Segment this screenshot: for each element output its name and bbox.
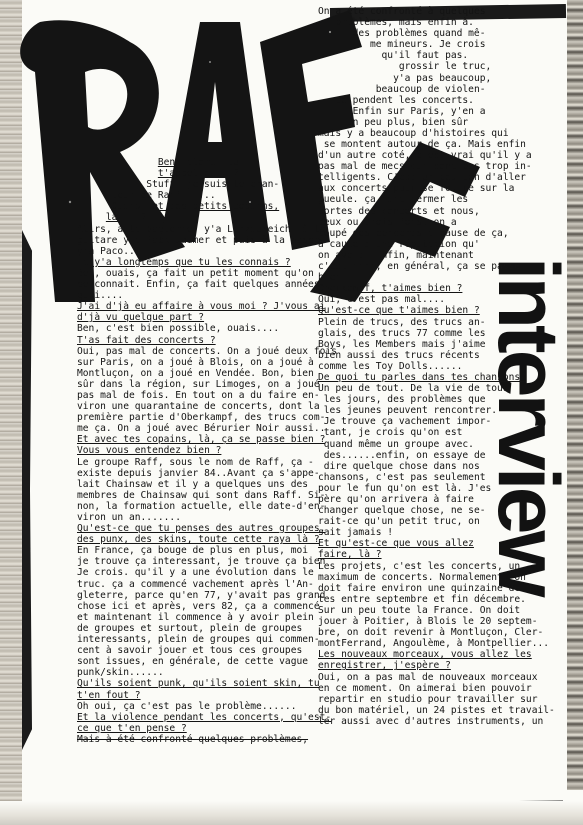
interview-question: Les nouveaux morceaux, vous allez les — [318, 649, 555, 660]
interview-answer: des......enfin, on essaye de — [318, 450, 555, 461]
interview-answer: des problèmes quand mê- — [318, 28, 509, 39]
interview-question: Oberkampf, t'aimes bien ? — [318, 283, 555, 294]
interview-question: De quoi tu parles dans tes chansons? — [318, 372, 555, 383]
interview-answer: dire quelque chose dans nos — [318, 461, 555, 472]
interview-answer: changer quelque chose, ne se- — [318, 505, 555, 516]
interview-answer: quoi.... — [77, 290, 337, 301]
interview-answer: beaucoup de violen- — [318, 84, 509, 95]
interview-answer: Sur un peu toute la France. On doit — [318, 605, 555, 616]
interview-answer: punk/skin...... — [77, 667, 337, 678]
interview-answer: se connait. Enfin, ça fait quelques anné… — [77, 279, 337, 290]
interview-answer: Boys, les Members mais j'aime — [318, 339, 555, 350]
interview-answer: aux concerts pour se foutre sur la — [318, 183, 555, 194]
interview-answer: viron un an....... — [77, 512, 337, 523]
interview-question: Et qu'est-ce que vous allez — [318, 538, 555, 549]
interview-answer: grossir le truc, — [318, 61, 509, 72]
interview-answer: me ça. On a joué avec Bérurier Noir auss… — [77, 423, 337, 434]
interview-answer: repartir en studio pour travailler sur — [318, 694, 555, 705]
interview-answer: portes des concerts et nous, — [318, 206, 555, 217]
interview-answer: sait jamais ! — [318, 527, 555, 538]
interview-answer: se montent autour de ça. Mais enfin — [318, 139, 555, 150]
interview-question: J'ai d'jà eu affaire à vous moi ? J'vous… — [77, 301, 337, 312]
interview-answer: cent à savoir jouer et tous ces groupes — [77, 645, 337, 656]
interview-answer: les jours, des problèmes que — [318, 394, 555, 405]
interview-answer: sûr dans la région, sur Limoges, on a jo… — [77, 379, 337, 390]
interview-answer: rait-ce qu'un petit truc, on — [318, 516, 555, 527]
interview-answer: je trouve ça interessant, je trouve ça b… — [77, 556, 337, 567]
interview-answer: non, la formation actuelle, elle date-d'… — [77, 501, 337, 512]
interview-question: Et la violence pendant les concerts, qu'… — [77, 712, 337, 723]
interview-answer: Un peu de tout. De la vie de tous — [318, 383, 555, 394]
interview-answer: quand même un groupe avec. — [318, 439, 555, 450]
interview-question: t'en fout ? — [77, 690, 337, 701]
interview-answer: maximum de concerts. Normalement, on — [318, 572, 555, 583]
interview-answer: les jeunes peuvent rencontrer. — [318, 405, 555, 416]
interview-answer: Montluçon, on a joué en Vendée. Bon, bie… — [77, 368, 337, 379]
interview-answer: tes entre septembre et fin décembre. — [318, 594, 555, 605]
interview-answer: interessants, plein de groupes qui comme… — [77, 634, 337, 645]
interview-answer: gleterre, parce qu'en 77, y'avait pas gr… — [77, 590, 337, 601]
interview-answer: me mineurs. Je crois — [318, 39, 509, 50]
struck-text: Mais à été confronté quelques problèmes, — [77, 734, 337, 745]
interview-answer: Ben, c'est bien possible, ouais.... — [77, 323, 337, 334]
interview-answer: montFerrand, Angoulème, à Montpellier... — [318, 638, 555, 649]
interview-question: Qu'est-ce que t'aimes bien ? — [318, 305, 555, 316]
interview-answer: viron une quarantaine de concerts, dont … — [77, 401, 337, 412]
interview-answer: guitare y'a Pack Jaimer et puis à la bas… — [77, 235, 337, 246]
interview-answer: et maintenant il commence à y avoir plei… — [77, 612, 337, 623]
interview-answer: qu'il faut pas. — [318, 50, 509, 61]
interview-answer: à cause d'une réputation qu' — [318, 239, 555, 250]
interview-answer: deux ou trois fois, on a — [318, 217, 555, 228]
interview-answer: y'a Paco...... — [77, 246, 337, 257]
interview-answer: Les projets, c'est les concerts, un — [318, 561, 555, 572]
interview-answer: ler aussi avec d'autres instruments, un — [318, 716, 555, 727]
interview-answer: chansons, c'est pas seulement — [318, 472, 555, 483]
interview-answer: de groupes et surtout, plein de groupes — [77, 623, 337, 634]
interview-answer: Oui, c'est pas mal.... — [318, 294, 555, 305]
interview-answer: en ce moment. On aimerai bien pouvoir — [318, 683, 555, 694]
interview-answer: comme les Toy Dolls...... — [318, 361, 555, 372]
interview-question: Et y'a longtemps que tu les connais ? — [77, 257, 337, 268]
left-column: Ben, alors, tut'appelles...?Stuff, je su… — [77, 157, 337, 745]
interview-answer: on avait. Enfin, maintenant — [318, 250, 555, 261]
interview-answer: Enfin sur Paris, y'en a — [318, 106, 509, 117]
interview-answer: Stuff, je suis le chan- — [77, 179, 337, 190]
interview-answer: glais, des trucs 77 comme les — [318, 328, 555, 339]
interview-question: T'as fait des concerts ? — [77, 335, 337, 346]
interview-answer: mais y a beaucoup d'histoires qui — [318, 128, 509, 139]
interview-answer: tant, je crois qu'on est — [318, 427, 555, 438]
interview-answer: du bon matériel, un 24 pistes et travail… — [318, 705, 555, 716]
interview-answer: bre, on doit revenir à Montluçon, Cler- — [318, 627, 555, 638]
zine-page: interview On a été confronté à quelquesp… — [0, 0, 583, 825]
interview-answer: y'a pas beaucoup, — [318, 73, 509, 84]
interview-answer: Ben, ouais, ça fait un petit moment qu'o… — [77, 268, 337, 279]
page-bottom-edge — [0, 801, 583, 825]
interview-answer: bien aussi des trucs récents — [318, 350, 555, 361]
interview-answer: pas mal de mecs qui sont pas trop in- — [318, 161, 555, 172]
interview-question: Ben, alors, tu — [77, 157, 337, 168]
interview-answer: sont issues, en générale, de cette vague — [77, 656, 337, 667]
interview-question: t'appelles...? — [77, 168, 337, 179]
interview-question: Vous vous entendez bien ? — [77, 445, 337, 456]
interview-answer: doit faire environ une quinzaine de da- — [318, 583, 555, 594]
interview-answer: pour le fun qu'on est là. J'es — [318, 483, 555, 494]
interview-question: Qu'ils soient punk, qu'ils soient skin, … — [77, 678, 337, 689]
interview-answer: d'un autre coté, c'est vrai qu'il y a — [318, 150, 555, 161]
interview-answer: Oui, on a pas mal de nouveaux morceaux — [318, 672, 555, 683]
interview-answer: membres de Chainsaw qui sont dans Raff. … — [77, 490, 337, 501]
interview-answer: gueule. ça fait fermer les — [318, 194, 555, 205]
interview-answer: lait Chainsaw et il y a quelques uns des — [77, 479, 337, 490]
interview-answer: En France, ça bouge de plus en plus, moi — [77, 545, 337, 556]
interview-question: Ouais, et tes petits copains, — [77, 201, 337, 212]
interview-answer: sur Paris, on a joué à Blois, on a joué … — [77, 357, 337, 368]
intro-text: On a été confronté à quelquesproblèmes, … — [318, 6, 509, 139]
interview-question: Et avec tes copains, là, ça se passe bie… — [77, 434, 337, 445]
interview-answer: Plein de trucs, des trucs an- — [318, 317, 555, 328]
interview-answer: Je trouve ça vachement impor- — [318, 416, 555, 427]
interview-question: d'jà vu quelque part ? — [77, 312, 337, 323]
interview-answer: jouer à Poitier, à Blois le 20 septem- — [318, 616, 555, 627]
interview-answer: chose ici et après, vers 82, ça a commen… — [77, 601, 337, 612]
interview-answer: Alirs, à la batterie, y'a Linzaureich, à… — [77, 224, 337, 235]
interview-answer: bien — [318, 272, 555, 283]
interview-answer: première partie d'Oberkampf, des trucs c… — [77, 412, 337, 423]
interview-question: enregistrer, j'espère ? — [318, 660, 555, 671]
interview-answer: c'est fini, en général, ça se passe — [318, 261, 555, 272]
interview-question: faire, là ? — [318, 549, 555, 560]
interview-answer: Je crois. qu'il y a une évolution dans l… — [77, 567, 337, 578]
interview-answer: Le groupe Raff, sous le nom de Raff, ça … — [77, 457, 337, 468]
interview-answer: pas mal de fois. En tout on a du faire e… — [77, 390, 337, 401]
interview-answer: père qu'on arrivera à faire — [318, 494, 555, 505]
interview-question: là....? — [77, 212, 337, 223]
interview-answer: problèmes, mais enfin à. — [318, 17, 509, 28]
interview-question: des punx, des skins, toute cette raya là… — [77, 534, 337, 545]
interview-answer: On a été confronté à quelques — [318, 6, 509, 17]
interview-answer: existe depuis janvier 84..Avant ça s'app… — [77, 468, 337, 479]
interview-answer: Oui, pas mal de concerts. On a joué deux… — [77, 346, 337, 357]
interview-answer: truc. ça a commencé vachement après l'An… — [77, 579, 337, 590]
interview-answer: ce pendent les concerts. — [318, 95, 509, 106]
interview-answer: teur de Raff...... — [77, 190, 337, 201]
interview-answer: un peu plus, bien sûr — [318, 117, 509, 128]
interview-answer: telligents. C'est un peu con d'aller — [318, 172, 555, 183]
interview-question: ce que t'en pense ? — [77, 723, 337, 734]
interview-question: Qu'est-ce que tu penses des autres group… — [77, 523, 337, 534]
interview-answer: loupé des concerts à cause de ça, — [318, 228, 555, 239]
interview-answer: Oh oui, ça c'est pas le problème...... — [77, 701, 337, 712]
right-column: se montent autour de ça. Mais enfind'un … — [318, 139, 555, 727]
